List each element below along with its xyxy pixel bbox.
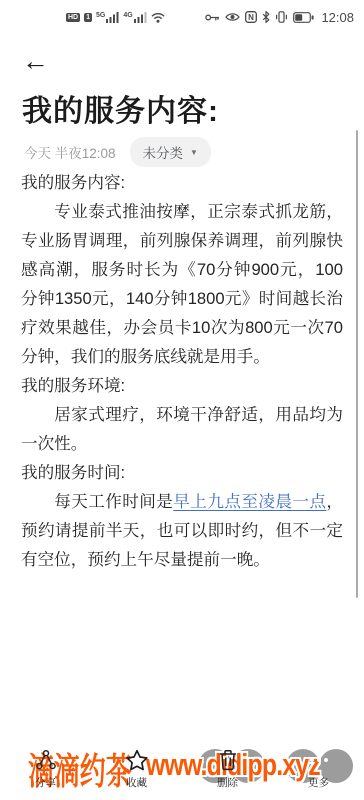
note-heading: 我的服务时间: [21,458,343,487]
note-meta: 今天 半夜12:08 未分类 ▼ [24,137,211,167]
notes-app-screen: { "status_bar": { "time": "12:08", "hd":… [0,0,364,800]
toolbar-share-button[interactable]: 分享 [0,742,91,800]
status-left-icons: HD 1 5G 4G [66,11,165,23]
toolbar-label: 分享 [35,775,56,790]
toolbar-label: 收藏 [126,775,147,790]
key-icon [205,13,220,22]
status-right-icons: N 12:08 [205,10,354,25]
note-heading: 我的服务环境: [21,371,343,400]
eye-comfort-icon [225,12,240,22]
text-run: 我的服务时间: [21,463,125,482]
chevron-down-icon: ▼ [190,148,198,157]
trash-icon [218,748,238,772]
status-bar: HD 1 5G 4G [0,0,364,32]
signal-5g-icon: 5G [96,11,119,23]
sim1-badge: 1 [84,13,92,22]
vibrate-icon [275,11,288,23]
text-run: 我的服务环境: [21,376,125,395]
note-para: 每天工作时间是早上九点至凌晨一点，预约请提前半天，也可以即时约，但不一定有空位，… [21,487,343,574]
scrollbar-thumb[interactable] [356,130,359,598]
toolbar-more-button[interactable]: 更多 [273,742,364,800]
note-date: 今天 半夜12:08 [24,142,116,162]
work-hours-link[interactable]: 早上九点至凌晨一点 [173,492,326,511]
nav-bar: ← [22,48,49,75]
bluetooth-icon [262,11,270,23]
clock-time: 12:08 [321,10,354,25]
toolbar-label: 更多 [308,775,329,790]
category-label: 未分类 [143,142,184,162]
wifi-icon [151,12,165,23]
nfc-icon: N [245,11,257,23]
note-body: 我的服务内容:专业泰式推油按摩，正宗泰式抓龙筋，专业肠胃调理，前列腺保养调理，前… [21,168,343,574]
text-run: 居家式理疗，环境干净舒适，用品均为一次性。 [21,405,343,453]
toolbar-star-button[interactable]: 收藏 [91,742,182,800]
bottom-toolbar: 分享收藏删除更多 [0,742,364,800]
hd-badge: HD [66,13,80,22]
note-title: 我的服务内容: [22,86,342,130]
back-button[interactable]: ← [22,46,49,76]
share-icon [35,748,57,772]
note-para: 专业泰式推油按摩，正宗泰式抓龙筋，专业肠胃调理，前列腺保养调理，前列腺快感高潮，… [21,197,343,371]
signal-4g-icon: 4G [123,11,146,23]
text-run: 专业泰式推油按摩，正宗泰式抓龙筋，专业肠胃调理，前列腺保养调理，前列腺快感高潮，… [21,202,343,366]
toolbar-label: 删除 [217,775,238,790]
text-run: 每天工作时间是 [54,492,173,511]
note-heading: 我的服务内容: [21,168,343,197]
text-run: 我的服务内容: [21,173,125,192]
battery-icon [293,12,314,23]
svg-text:N: N [249,13,255,22]
star-icon [125,748,149,772]
note-para: 居家式理疗，环境干净舒适，用品均为一次性。 [21,400,343,458]
more-icon [308,748,330,772]
category-selector[interactable]: 未分类 ▼ [130,137,211,167]
toolbar-trash-button[interactable]: 删除 [182,742,273,800]
